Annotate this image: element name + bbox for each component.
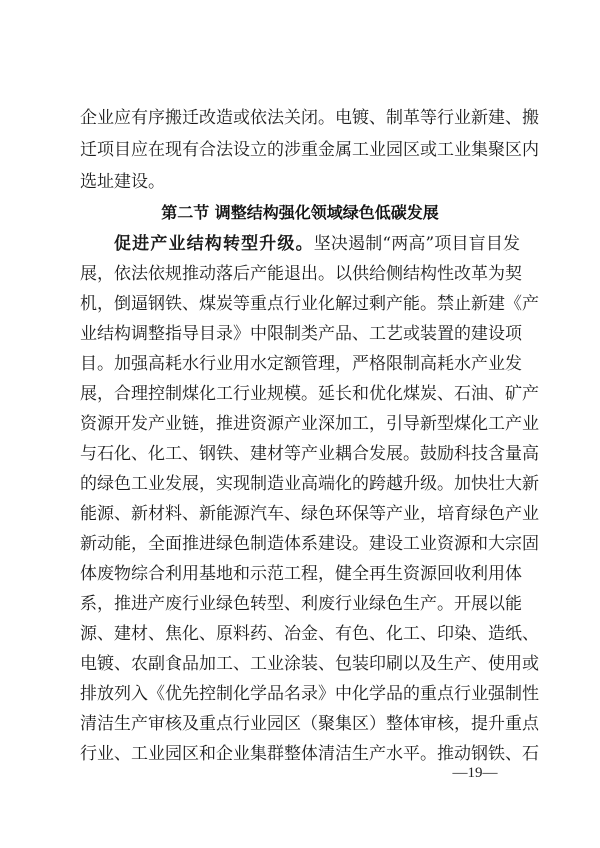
- paragraph-lead-bold: 促进产业结构转型升级。: [114, 234, 314, 254]
- text-line: 选址建设。: [80, 167, 520, 197]
- text-line: 源、建材、焦化、原料药、冶金、有色、化工、印染、造纸、: [80, 619, 520, 649]
- text-line: 清洁生产审核及重点行业园区（聚集区）整体审核，提升重点: [80, 709, 520, 739]
- text-line: 能源、新材料、新能源汽车、绿色环保等产业，培育绿色产业: [80, 499, 520, 529]
- text-line: 体废物综合利用基地和示范工程，健全再生资源回收利用体: [80, 559, 520, 589]
- text-line: 资源开发产业链，推进资源产业深加工，引导新型煤化工产业: [80, 409, 520, 439]
- page-number: —19—: [420, 760, 530, 786]
- text-line: 业结构调整指导目录》中限制类产品、工艺或装置的建设项: [80, 319, 520, 349]
- text-line: 新动能，全面推进绿色制造体系建设。建设工业资源和大宗固: [80, 529, 520, 559]
- text-line: 系，推进产废行业绿色转型、利废行业绿色生产。开展以能: [80, 589, 520, 619]
- text-line: 目。加强高耗水行业用水定额管理，严格限制高耗水产业发: [80, 349, 520, 379]
- text-line: 的绿色工业发展，实现制造业高端化的跨越升级。加快壮大新: [80, 469, 520, 499]
- paragraph-first-line: 促进产业结构转型升级。坚决遏制“两高”项目盲目发: [114, 229, 520, 259]
- text-line: 排放列入《优先控制化学品名录》中化学品的重点行业强制性: [80, 679, 520, 709]
- paragraph-first-line-rest: 坚决遏制“两高”项目盲目发: [314, 234, 520, 254]
- section-heading: 第二节 调整结构强化领域绿色低碳发展: [0, 198, 600, 228]
- text-line: 迁项目应在现有合法设立的涉重金属工业园区或工业集聚区内: [80, 135, 520, 165]
- text-line: 展，依法依规推动落后产能退出。以供给侧结构性改革为契: [80, 259, 520, 289]
- document-page: 企业应有序搬迁改造或依法关闭。电镀、制革等行业新建、搬 迁项目应在现有合法设立的…: [0, 0, 600, 848]
- text-line: 机，倒逼钢铁、煤炭等重点行业化解过剩产能。禁止新建《产: [80, 289, 520, 319]
- text-line: 展，合理控制煤化工行业规模。延长和优化煤炭、石油、矿产: [80, 379, 520, 409]
- text-line: 与石化、化工、钢铁、建材等产业耦合发展。鼓励科技含量高: [80, 439, 520, 469]
- text-line: 企业应有序搬迁改造或依法关闭。电镀、制革等行业新建、搬: [80, 103, 520, 133]
- text-line: 电镀、农副食品加工、工业涂装、包装印刷以及生产、使用或: [80, 649, 520, 679]
